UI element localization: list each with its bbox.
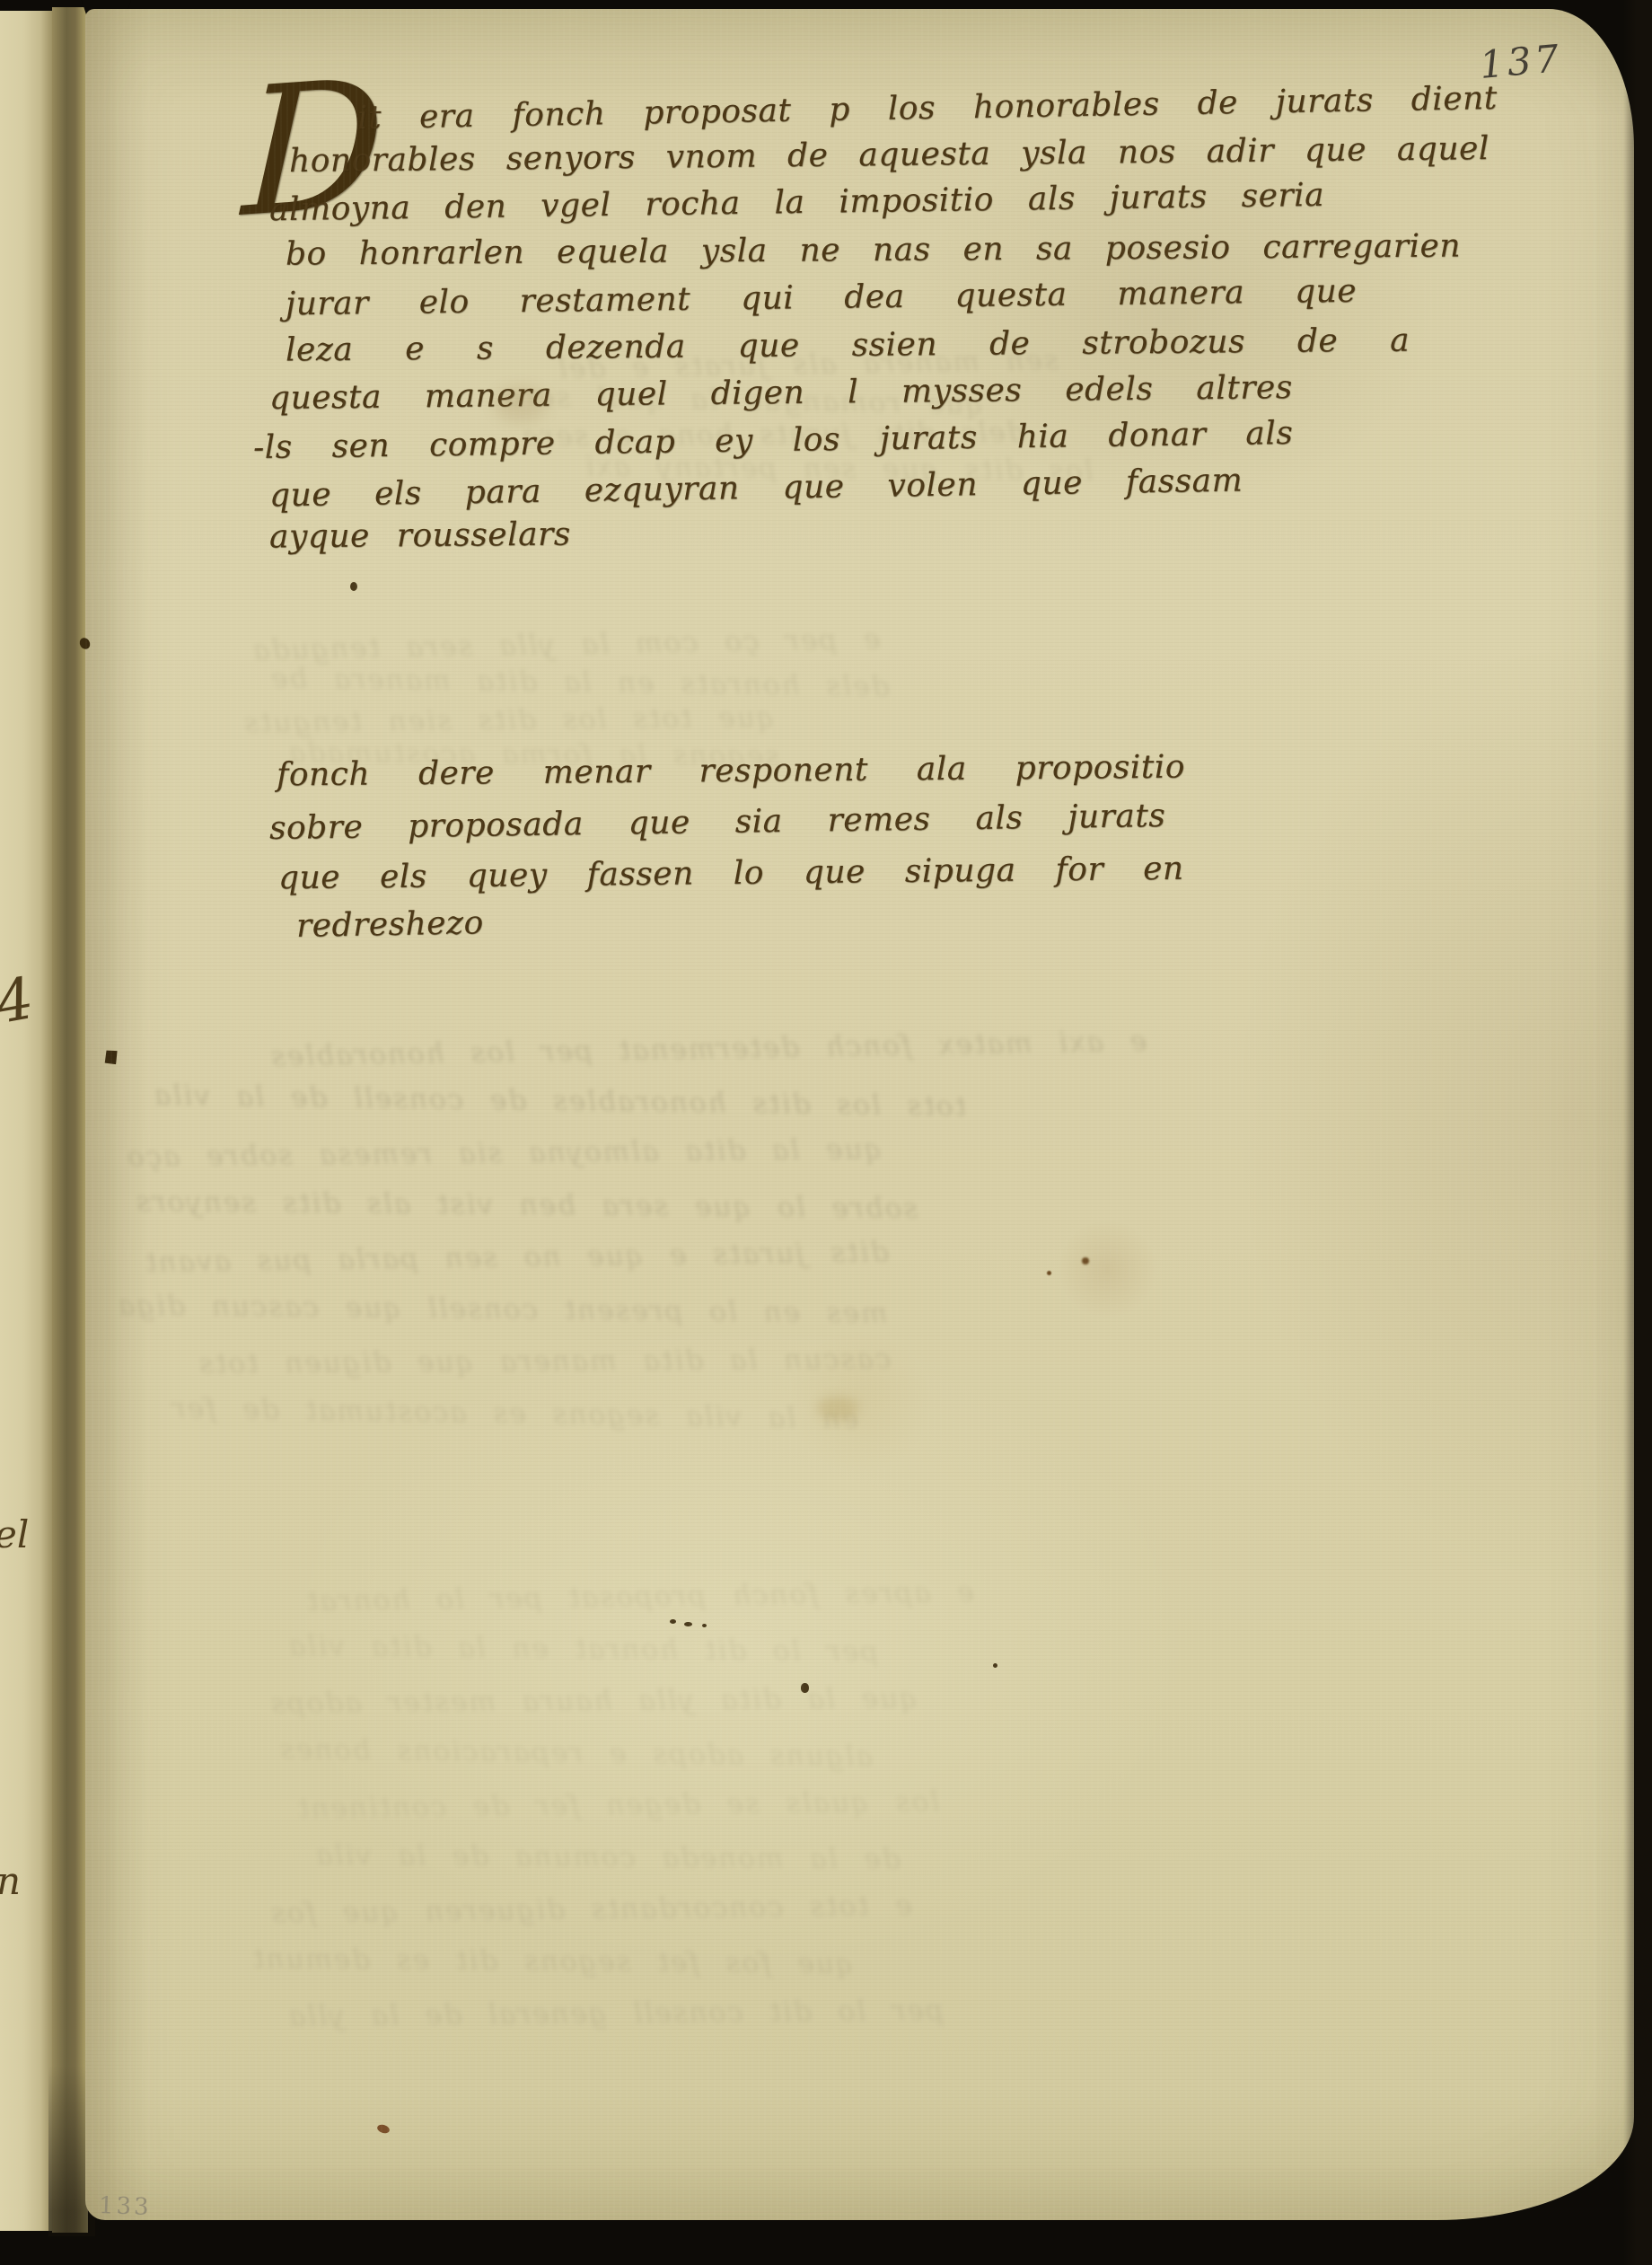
edge-text-fragment: n <box>0 1859 21 1903</box>
manuscript-line: questa manera quel digen l mysses edels … <box>269 369 1293 417</box>
manuscript-scan: 4 el n 137 sen manera als jurats e del q… <box>0 0 1652 2265</box>
edge-text-fragment: el <box>0 1512 29 1556</box>
bleedthrough-line: cascun la dita manera que diguen tots <box>198 1343 892 1379</box>
ink-speck <box>376 2123 391 2135</box>
manuscript-line: ayque rousselars <box>269 516 571 556</box>
bleedthrough-line: per lo dit honrat en la dita vila <box>287 1630 879 1669</box>
bleedthrough-line: dels honrats en la dita manera be <box>269 662 890 703</box>
bleedthrough-line: los quals se degen fer de continent <box>296 1785 940 1824</box>
ink-speck <box>670 1619 676 1624</box>
bleedthrough-line: en la vila segons es acostumat de fer <box>171 1392 859 1435</box>
bleedthrough-line: mes en lo present consell que cascun dig… <box>117 1290 888 1330</box>
manuscript-line: que els para ezquyran que volen que fass… <box>269 462 1243 514</box>
ink-speck <box>702 1624 707 1627</box>
bleedthrough-line: sobre lo que sera ben vist als dits seny… <box>135 1185 918 1225</box>
bleedthrough-line: de la moneda comuna de la vila <box>314 1839 901 1876</box>
ink-speck <box>350 582 357 591</box>
bleedthrough-line: tots los dits honorables de consell de l… <box>153 1080 967 1124</box>
manuscript-line: honorables senyors vnom de aquesta ysla … <box>289 130 1489 180</box>
manuscript-page: 137 sen manera als jurats e del que roma… <box>85 9 1634 2220</box>
edge-text-fragment: 4 <box>0 965 39 1037</box>
stain-dot <box>1047 1271 1051 1275</box>
archival-number: 133 <box>98 2192 152 2221</box>
bleedthrough-line: que la dita ylla haura mester adops <box>269 1682 918 1720</box>
bleedthrough-line: e tots concordants digueren que fos <box>269 1890 912 1930</box>
manuscript-line: sobre proposada que sia remes als jurats <box>269 798 1166 847</box>
foxing-stain <box>817 1397 858 1420</box>
manuscript-line: que els quey fassen lo que sipuga for en <box>278 850 1184 897</box>
manuscript-line: -ls sen compre dcap ey los jurats hia do… <box>253 415 1294 466</box>
manuscript-line: leza e s dezenda que ssien de strobozus … <box>286 322 1410 369</box>
bleedthrough-line: e per ço com la ylla sera tenguda <box>251 623 881 666</box>
bleedthrough-line: dits jurats e que no sen parla pus avant <box>144 1236 889 1279</box>
ink-blot <box>101 1047 121 1068</box>
ink-speck <box>801 1683 809 1693</box>
page-right-edge-shadow <box>1623 0 1652 2265</box>
stain-dot <box>1082 1257 1089 1265</box>
bleedthrough-line: e axi matex fonch determenat per los hon… <box>269 1025 1147 1072</box>
bleedthrough-line: per lo dit consell general de la ylla <box>287 1995 944 2032</box>
manuscript-line: almoyna den vgel rocha la impositio als … <box>269 177 1325 228</box>
bleedthrough-line: e apres fonch proposat per lo honrat <box>305 1576 974 1617</box>
manuscript-line: it era fonch proposat p los honorables d… <box>357 80 1498 137</box>
manuscript-line: bo honrarlen equela ysla ne nas en sa po… <box>286 227 1461 272</box>
manuscript-line: redreshezo <box>296 904 484 945</box>
manuscript-line: jurar elo restament qui dea questa maner… <box>286 273 1358 323</box>
facing-page-edge: 4 el n <box>0 11 52 2231</box>
bleedthrough-line: alguns adops e reparacions bones <box>278 1733 873 1773</box>
manuscript-line: fonch dere menar responent ala propositi… <box>277 749 1185 794</box>
ink-speck <box>993 1663 997 1668</box>
bleedthrough-line: que la dita almoyna sia remesa sobre aço <box>126 1133 883 1174</box>
binding-gutter-shadow <box>52 7 88 2233</box>
bleedthrough-line: que fos fet segons dit es demunt <box>251 1943 854 1980</box>
foxing-stain <box>494 386 548 422</box>
ink-speck <box>684 1622 692 1626</box>
bleedthrough-line: que tots los dits sien tenguts <box>242 701 775 739</box>
